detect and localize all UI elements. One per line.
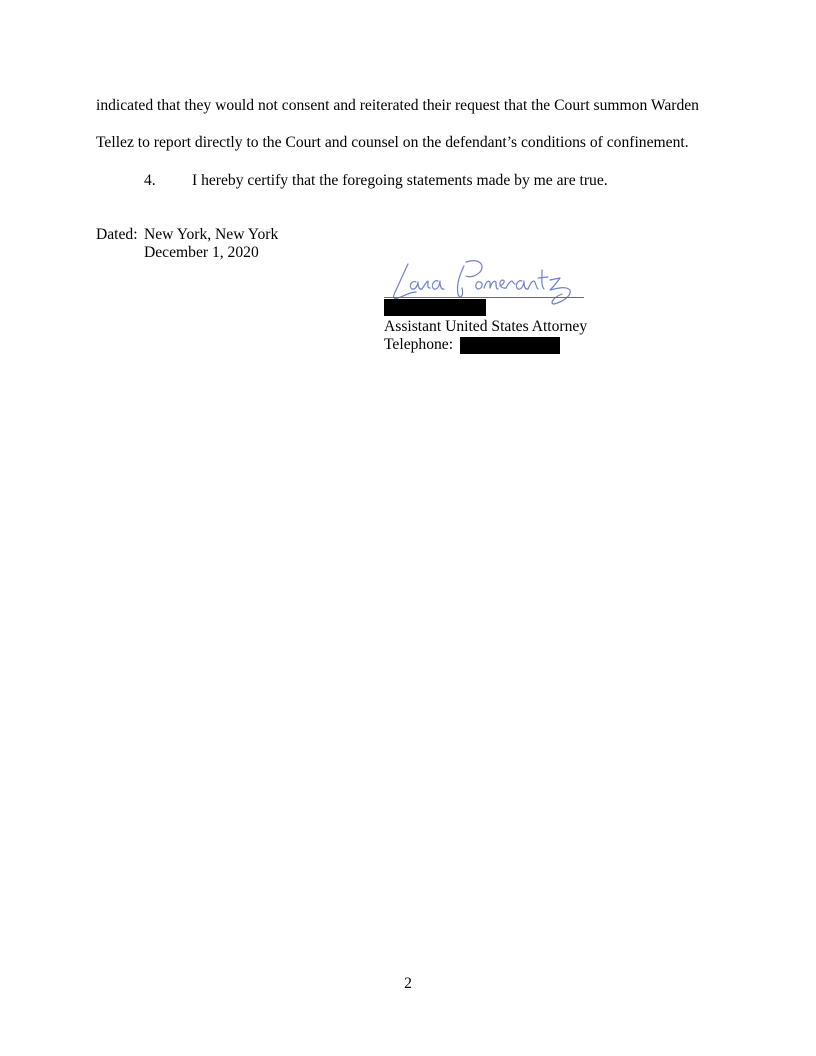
paragraph-line-2: Tellez to report directly to the Court a… <box>96 134 689 152</box>
paragraph-line-1: indicated that they would not consent an… <box>96 97 699 115</box>
page-number: 2 <box>0 975 816 993</box>
redacted-name-box <box>384 299 486 316</box>
redacted-telephone-box <box>460 337 560 354</box>
dated-date: December 1, 2020 <box>144 244 259 262</box>
dated-place: New York, New York <box>144 226 278 244</box>
signer-title: Assistant United States Attorney <box>384 318 587 336</box>
telephone-label: Telephone: <box>384 336 453 354</box>
item-number: 4. <box>144 172 156 190</box>
dated-label: Dated: <box>96 226 138 244</box>
signature-line <box>384 297 584 298</box>
item-text: I hereby certify that the foregoing stat… <box>192 172 608 190</box>
